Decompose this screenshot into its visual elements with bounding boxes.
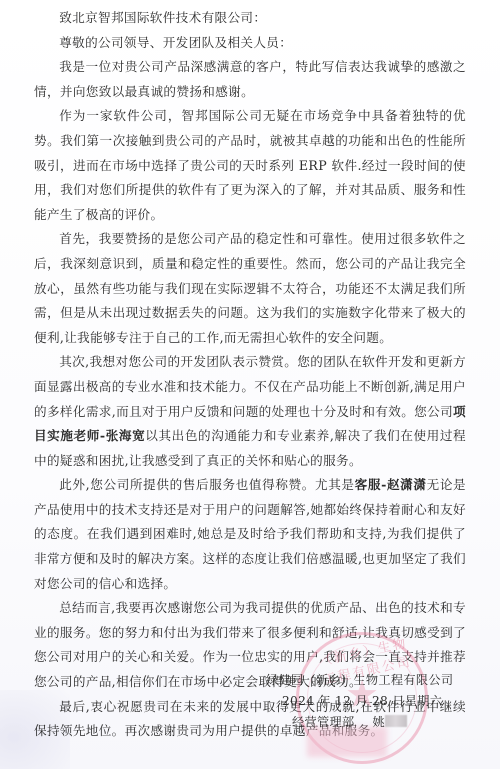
paragraph-text: 此外,您公司所提供的售后服务也值得称赞。尤其是 — [59, 477, 354, 492]
signature-department-line: 经营管理部姚 — [266, 712, 466, 733]
signature-block: 绿健园（新乡）生物工程有限公司 2024 年 12 月 28 日星期六 经营管理… — [266, 670, 466, 733]
signature-company: 绿健园（新乡）生物工程有限公司 — [266, 670, 466, 691]
paragraph-text: 无论是产品使用中的技术支持还是对于用户的问题解答,她都始终保持着耐心和友好的态度… — [34, 477, 466, 590]
paragraph-text: 其次,我想对您公司的开发团队表示赞赏。您的团队在软件开发和更新方面显露出极高的专… — [34, 354, 466, 418]
redacted-name — [385, 715, 407, 727]
recipient-line: 致北京智邦国际软件技术有限公司： — [34, 6, 466, 31]
signature-date: 2024 年 12 月 28 日星期六 — [266, 691, 466, 712]
paragraph-company: 作为一家软件公司，智邦国际公司无疑在市场竞争中具备着独特的优势。我们第一次接触到… — [34, 104, 466, 227]
signature-department: 经营管理部 — [292, 715, 354, 729]
paragraph-stability: 首先，我要赞扬的是您公司产品的稳定性和可靠性。使用过很多软件之后，我深刻意识到，… — [34, 227, 466, 350]
salutation-line: 尊敬的公司领导、开发团队及相关人员： — [34, 31, 466, 56]
scanned-letter-page: 致北京智邦国际软件技术有限公司： 尊敬的公司领导、开发团队及相关人员： 我是一位… — [0, 0, 500, 769]
signature-name: 姚 — [372, 715, 385, 729]
highlighted-name: 客服-赵潇潇 — [355, 477, 427, 492]
paragraph-dev-team: 其次,我想对您公司的开发团队表示赞赏。您的团队在软件开发和更新方面显露出极高的专… — [34, 350, 466, 473]
paragraph-support: 此外,您公司所提供的售后服务也值得称赞。尤其是客服-赵潇潇无论是产品使用中的技术… — [34, 473, 466, 596]
paragraph-intro: 我是一位对贵公司产品深感满意的客户，特此写信表达我诚挚的感激之情，并向您致以最真… — [34, 55, 466, 104]
